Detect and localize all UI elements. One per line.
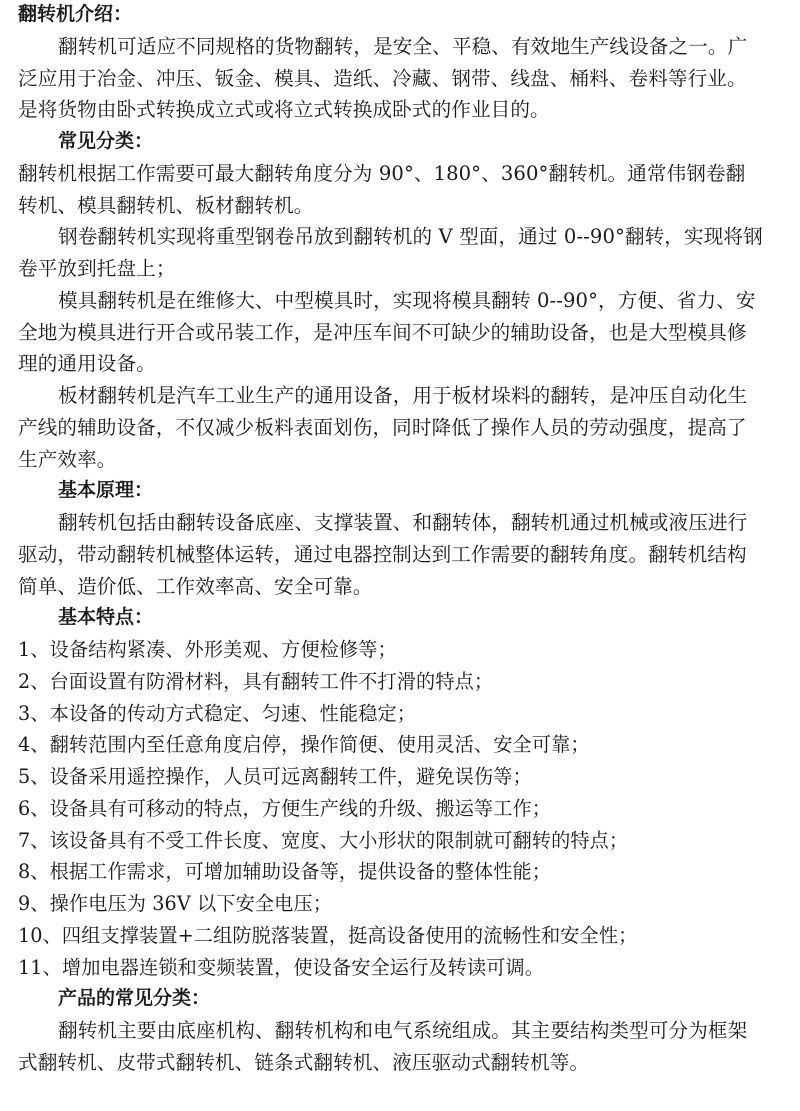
feature-list-item: 9、操作电压为 36V 以下安全电压； (18, 888, 796, 920)
feature-list-item: 10、四组支撑装置+二组防脱落装置，挺高设备使用的流畅性和安全性； (18, 920, 796, 952)
paragraph-line: 翻转机主要由底座机构、翻转机构和电气系统组成。其主要结构类型可分为框架 (18, 1015, 796, 1047)
paragraph-line: 是将货物由卧式转换成立式或将立式转换成卧式的作业目的。 (18, 94, 796, 126)
section-heading: 常见分类： (18, 126, 796, 158)
section-heading: 基本原理： (18, 475, 796, 507)
paragraph-line: 式翻转机、皮带式翻转机、链条式翻转机、液压驱动式翻转机等。 (18, 1047, 796, 1079)
feature-list-item: 11、增加电器连锁和变频装置，使设备安全运行及转读可调。 (18, 952, 796, 984)
feature-list-item: 5、设备采用遥控操作，人员可远离翻转工件，避免误伤等； (18, 761, 796, 793)
paragraph-line: 翻转机包括由翻转设备底座、支撑装置、和翻转体，翻转机通过机械或液压进行 (18, 507, 796, 539)
paragraph-line: 翻转机根据工作需要可最大翻转角度分为 90°、180°、360°翻转机。通常伟钢… (18, 158, 796, 190)
section-heading: 基本特点： (18, 602, 796, 634)
feature-list-item: 2、台面设置有防滑材料，具有翻转工件不打滑的特点； (18, 666, 796, 698)
paragraph-line: 翻转机可适应不同规格的货物翻转，是安全、平稳、有效地生产线设备之一。广 (18, 31, 796, 63)
paragraph-line: 泛应用于冶金、冲压、钣金、模具、造纸、冷藏、钢带、线盘、桶料、卷料等行业。 (18, 63, 796, 95)
feature-list-item: 4、翻转范围内至任意角度启停，操作简便、使用灵活、安全可靠； (18, 729, 796, 761)
paragraph-line: 简单、造价低、工作效率高、安全可靠。 (18, 571, 796, 603)
paragraph-line: 驱动，带动翻转机械整体运转，通过电器控制达到工作需要的翻转角度。翻转机结构 (18, 539, 796, 571)
section-heading: 产品的常见分类： (18, 983, 796, 1015)
paragraph-line: 模具翻转机是在维修大、中型模具时，实现将模具翻转 0--90°，方便、省力、安 (18, 285, 796, 317)
section-product-categories: 产品的常见分类： 翻转机主要由底座机构、翻转机构和电气系统组成。其主要结构类型可… (18, 983, 796, 1078)
feature-list-item: 6、设备具有可移动的特点，方便生产线的升级、搬运等工作； (18, 793, 796, 825)
feature-list-item: 8、根据工作需求，可增加辅助设备等，提供设备的整体性能； (18, 856, 796, 888)
document-page: 翻转机介绍： 翻转机可适应不同规格的货物翻转，是安全、平稳、有效地生产线设备之一… (18, 0, 796, 1079)
feature-list-item: 1、设备结构紧凑、外形美观、方便检修等； (18, 634, 796, 666)
section-basic-principle: 基本原理： 翻转机包括由翻转设备底座、支撑装置、和翻转体，翻转机通过机械或液压进… (18, 475, 796, 602)
paragraph-line: 全地为模具进行开合或吊装工作，是冲压车间不可缺少的辅助设备，也是大型模具修 (18, 317, 796, 349)
paragraph-line: 钢卷翻转机实现将重型钢卷吊放到翻转机的 V 型面，通过 0--90°翻转，实现将… (18, 221, 796, 253)
section-introduction: 翻转机介绍： 翻转机可适应不同规格的货物翻转，是安全、平稳、有效地生产线设备之一… (18, 0, 796, 126)
paragraph-line: 产线的辅助设备，不仅减少板料表面划伤，同时降低了操作人员的劳动强度，提高了 (18, 412, 796, 444)
feature-list-item: 3、本设备的传动方式稳定、匀速、性能稳定； (18, 698, 796, 730)
paragraph-line: 板材翻转机是汽车工业生产的通用设备，用于板材垛料的翻转，是冲压自动化生 (18, 380, 796, 412)
section-basic-features: 基本特点： 1、设备结构紧凑、外形美观、方便检修等； 2、台面设置有防滑材料，具… (18, 602, 796, 983)
paragraph-line: 卷平放到托盘上； (18, 253, 796, 285)
section-heading: 翻转机介绍： (18, 0, 796, 31)
section-common-categories: 常见分类： 翻转机根据工作需要可最大翻转角度分为 90°、180°、360°翻转… (18, 126, 796, 475)
paragraph-line: 转机、模具翻转机、板材翻转机。 (18, 190, 796, 222)
paragraph-line: 理的通用设备。 (18, 348, 796, 380)
paragraph-line: 生产效率。 (18, 444, 796, 476)
feature-list-item: 7、该设备具有不受工件长度、宽度、大小形状的限制就可翻转的特点； (18, 825, 796, 857)
